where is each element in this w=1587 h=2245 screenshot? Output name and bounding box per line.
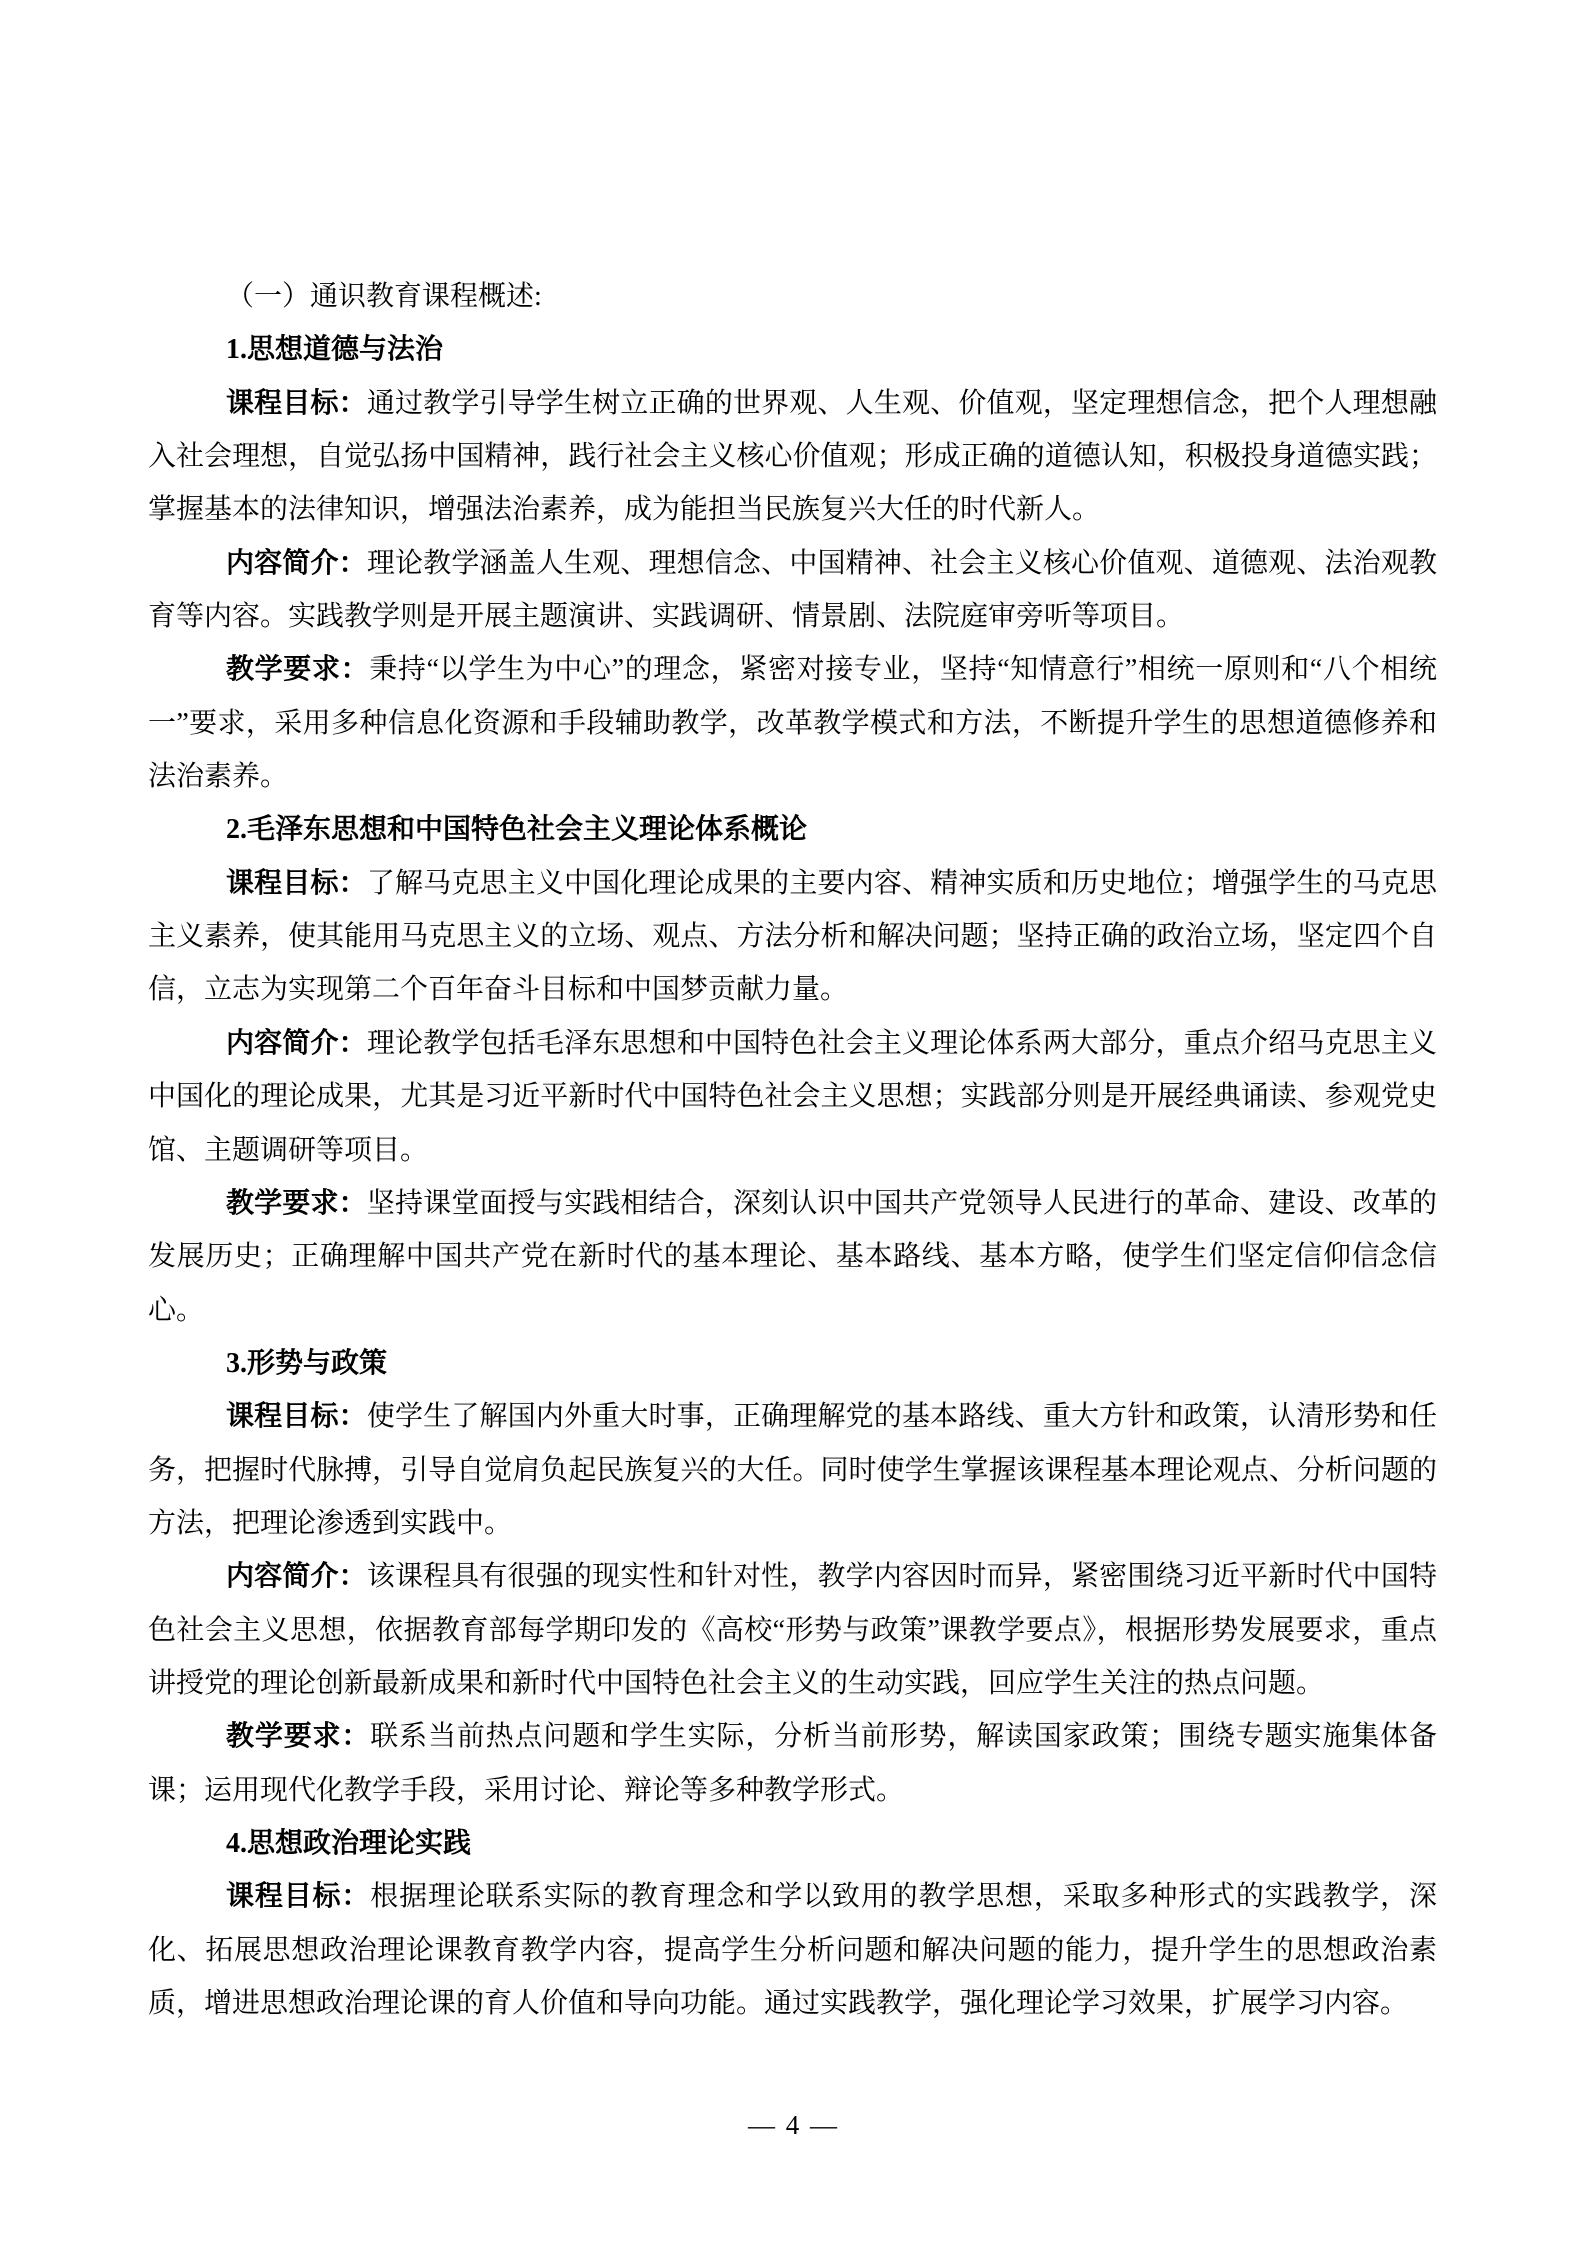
paragraph-label: 教学要求： bbox=[226, 1188, 367, 1219]
course-2-requirements-paragraph: 教学要求：坚持课堂面授与实践相结合，深刻认识中国共产党领导人民进行的革命、建设、… bbox=[148, 1177, 1437, 1337]
paragraph-label: 内容简介： bbox=[226, 1561, 367, 1592]
course-title-1: 1.思想道德与法治 bbox=[148, 323, 1437, 376]
course-title-4: 4.思想政治理论实践 bbox=[148, 1817, 1437, 1870]
document-page: （一）通识教育课程概述: 1.思想道德与法治 课程目标：通过教学引导学生树立正确… bbox=[0, 0, 1587, 2245]
document-content: （一）通识教育课程概述: 1.思想道德与法治 课程目标：通过教学引导学生树立正确… bbox=[148, 270, 1437, 2030]
course-1-content-paragraph: 内容简介：理论教学涵盖人生观、理想信念、中国精神、社会主义核心价值观、道德观、法… bbox=[148, 537, 1437, 644]
paragraph-label: 教学要求： bbox=[226, 654, 369, 685]
paragraph-label: 课程目标： bbox=[226, 1881, 370, 1912]
page-footer: — 4 — bbox=[0, 2108, 1587, 2142]
paragraph-label: 内容简介： bbox=[226, 1028, 367, 1059]
overview-heading: （一）通识教育课程概述: bbox=[148, 270, 1437, 323]
course-title-2: 2.毛泽东思想和中国特色社会主义理论体系概论 bbox=[148, 803, 1437, 856]
paragraph-label: 教学要求： bbox=[226, 1721, 370, 1752]
course-3-objectives-paragraph: 课程目标：使学生了解国内外重大时事，正确理解党的基本路线、重大方针和政策，认清形… bbox=[148, 1390, 1437, 1550]
paragraph-label: 课程目标： bbox=[226, 388, 367, 419]
course-2-content-paragraph: 内容简介：理论教学包括毛泽东思想和中国特色社会主义理论体系两大部分，重点介绍马克… bbox=[148, 1017, 1437, 1177]
paragraph-label: 课程目标： bbox=[226, 1401, 367, 1432]
paragraph-label: 课程目标： bbox=[226, 868, 367, 899]
course-1-objectives-paragraph: 课程目标：通过教学引导学生树立正确的世界观、人生观、价值观，坚定理想信念，把个人… bbox=[148, 377, 1437, 537]
course-3-requirements-paragraph: 教学要求：联系当前热点问题和学生实际，分析当前形势，解读国家政策；围绕专题实施集… bbox=[148, 1710, 1437, 1817]
course-title-3: 3.形势与政策 bbox=[148, 1337, 1437, 1390]
page-number: — 4 — bbox=[748, 2110, 839, 2140]
course-3-content-paragraph: 内容简介：该课程具有很强的现实性和针对性，教学内容因时而异，紧密围绕习近平新时代… bbox=[148, 1550, 1437, 1710]
course-1-requirements-paragraph: 教学要求：秉持“以学生为中心”的理念，紧密对接专业，坚持“知情意行”相统一原则和… bbox=[148, 643, 1437, 803]
course-2-objectives-paragraph: 课程目标：了解马克思主义中国化理论成果的主要内容、精神实质和历史地位；增强学生的… bbox=[148, 857, 1437, 1017]
paragraph-label: 内容简介： bbox=[226, 548, 367, 579]
course-4-objectives-paragraph: 课程目标：根据理论联系实际的教育理念和学以致用的教学思想，采取多种形式的实践教学… bbox=[148, 1870, 1437, 2030]
